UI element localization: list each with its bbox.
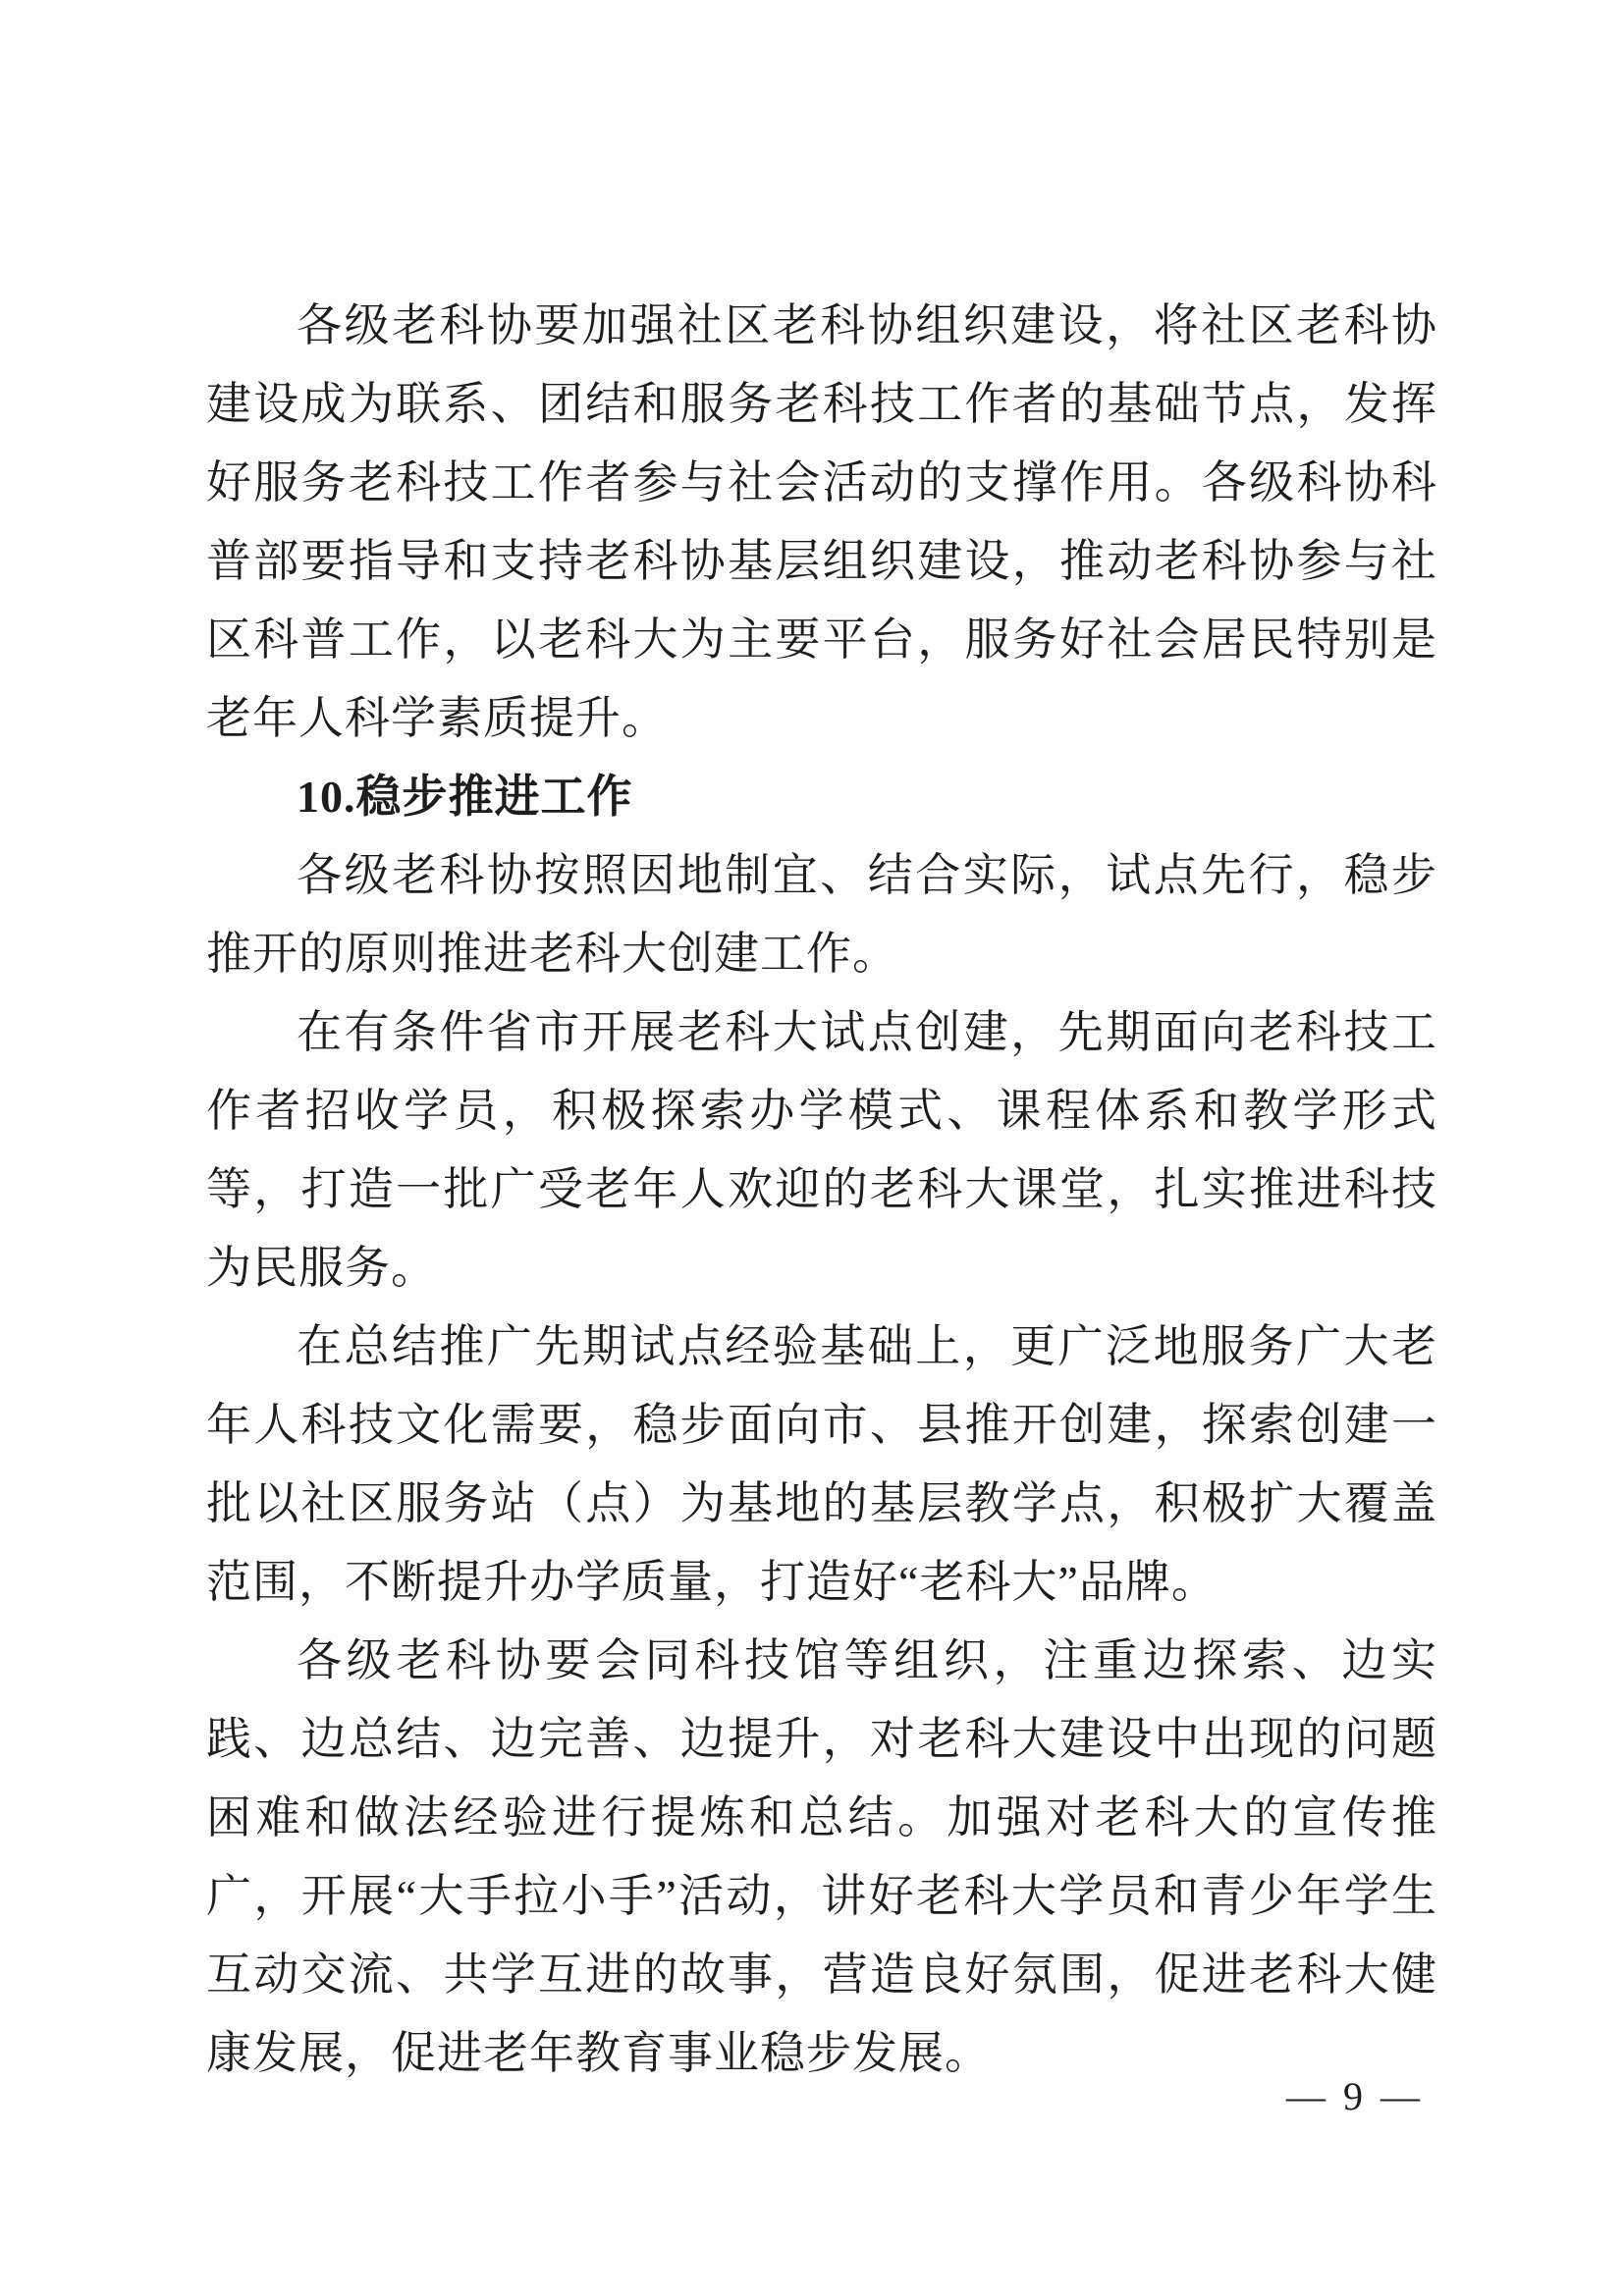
paragraph-principle: 各级老科协按照因地制宜、结合实际，试点先行，稳步推开的原则推进老科大创建工作。 xyxy=(206,836,1437,993)
section-heading-10: 10.稳步推进工作 xyxy=(206,758,1437,836)
paragraph-pilot-creation: 在有条件省市开展老科大试点创建，先期面向老科技工作者招收学员，积极探索办学模式、… xyxy=(206,993,1437,1308)
page-number: — 9 — xyxy=(1286,2074,1424,2118)
page-footer: — 9 — xyxy=(206,2069,1424,2124)
document-body: 各级老科协要加强社区老科协组织建设，将社区老科协建设成为联系、团结和服务老科技工… xyxy=(206,287,1437,2093)
paragraph-promotion: 各级老科协要会同科技馆等组织，注重边探索、边实践、边总结、边完善、边提升，对老科… xyxy=(206,1622,1437,2093)
paragraph-community-org: 各级老科协要加强社区老科协组织建设，将社区老科协建设成为联系、团结和服务老科技工… xyxy=(206,287,1437,758)
document-page: 各级老科协要加强社区老科协组织建设，将社区老科协建设成为联系、团结和服务老科技工… xyxy=(0,0,1624,2296)
paragraph-expand-coverage: 在总结推广先期试点经验基础上，更广泛地服务广大老年人科技文化需要，稳步面向市、县… xyxy=(206,1308,1437,1622)
